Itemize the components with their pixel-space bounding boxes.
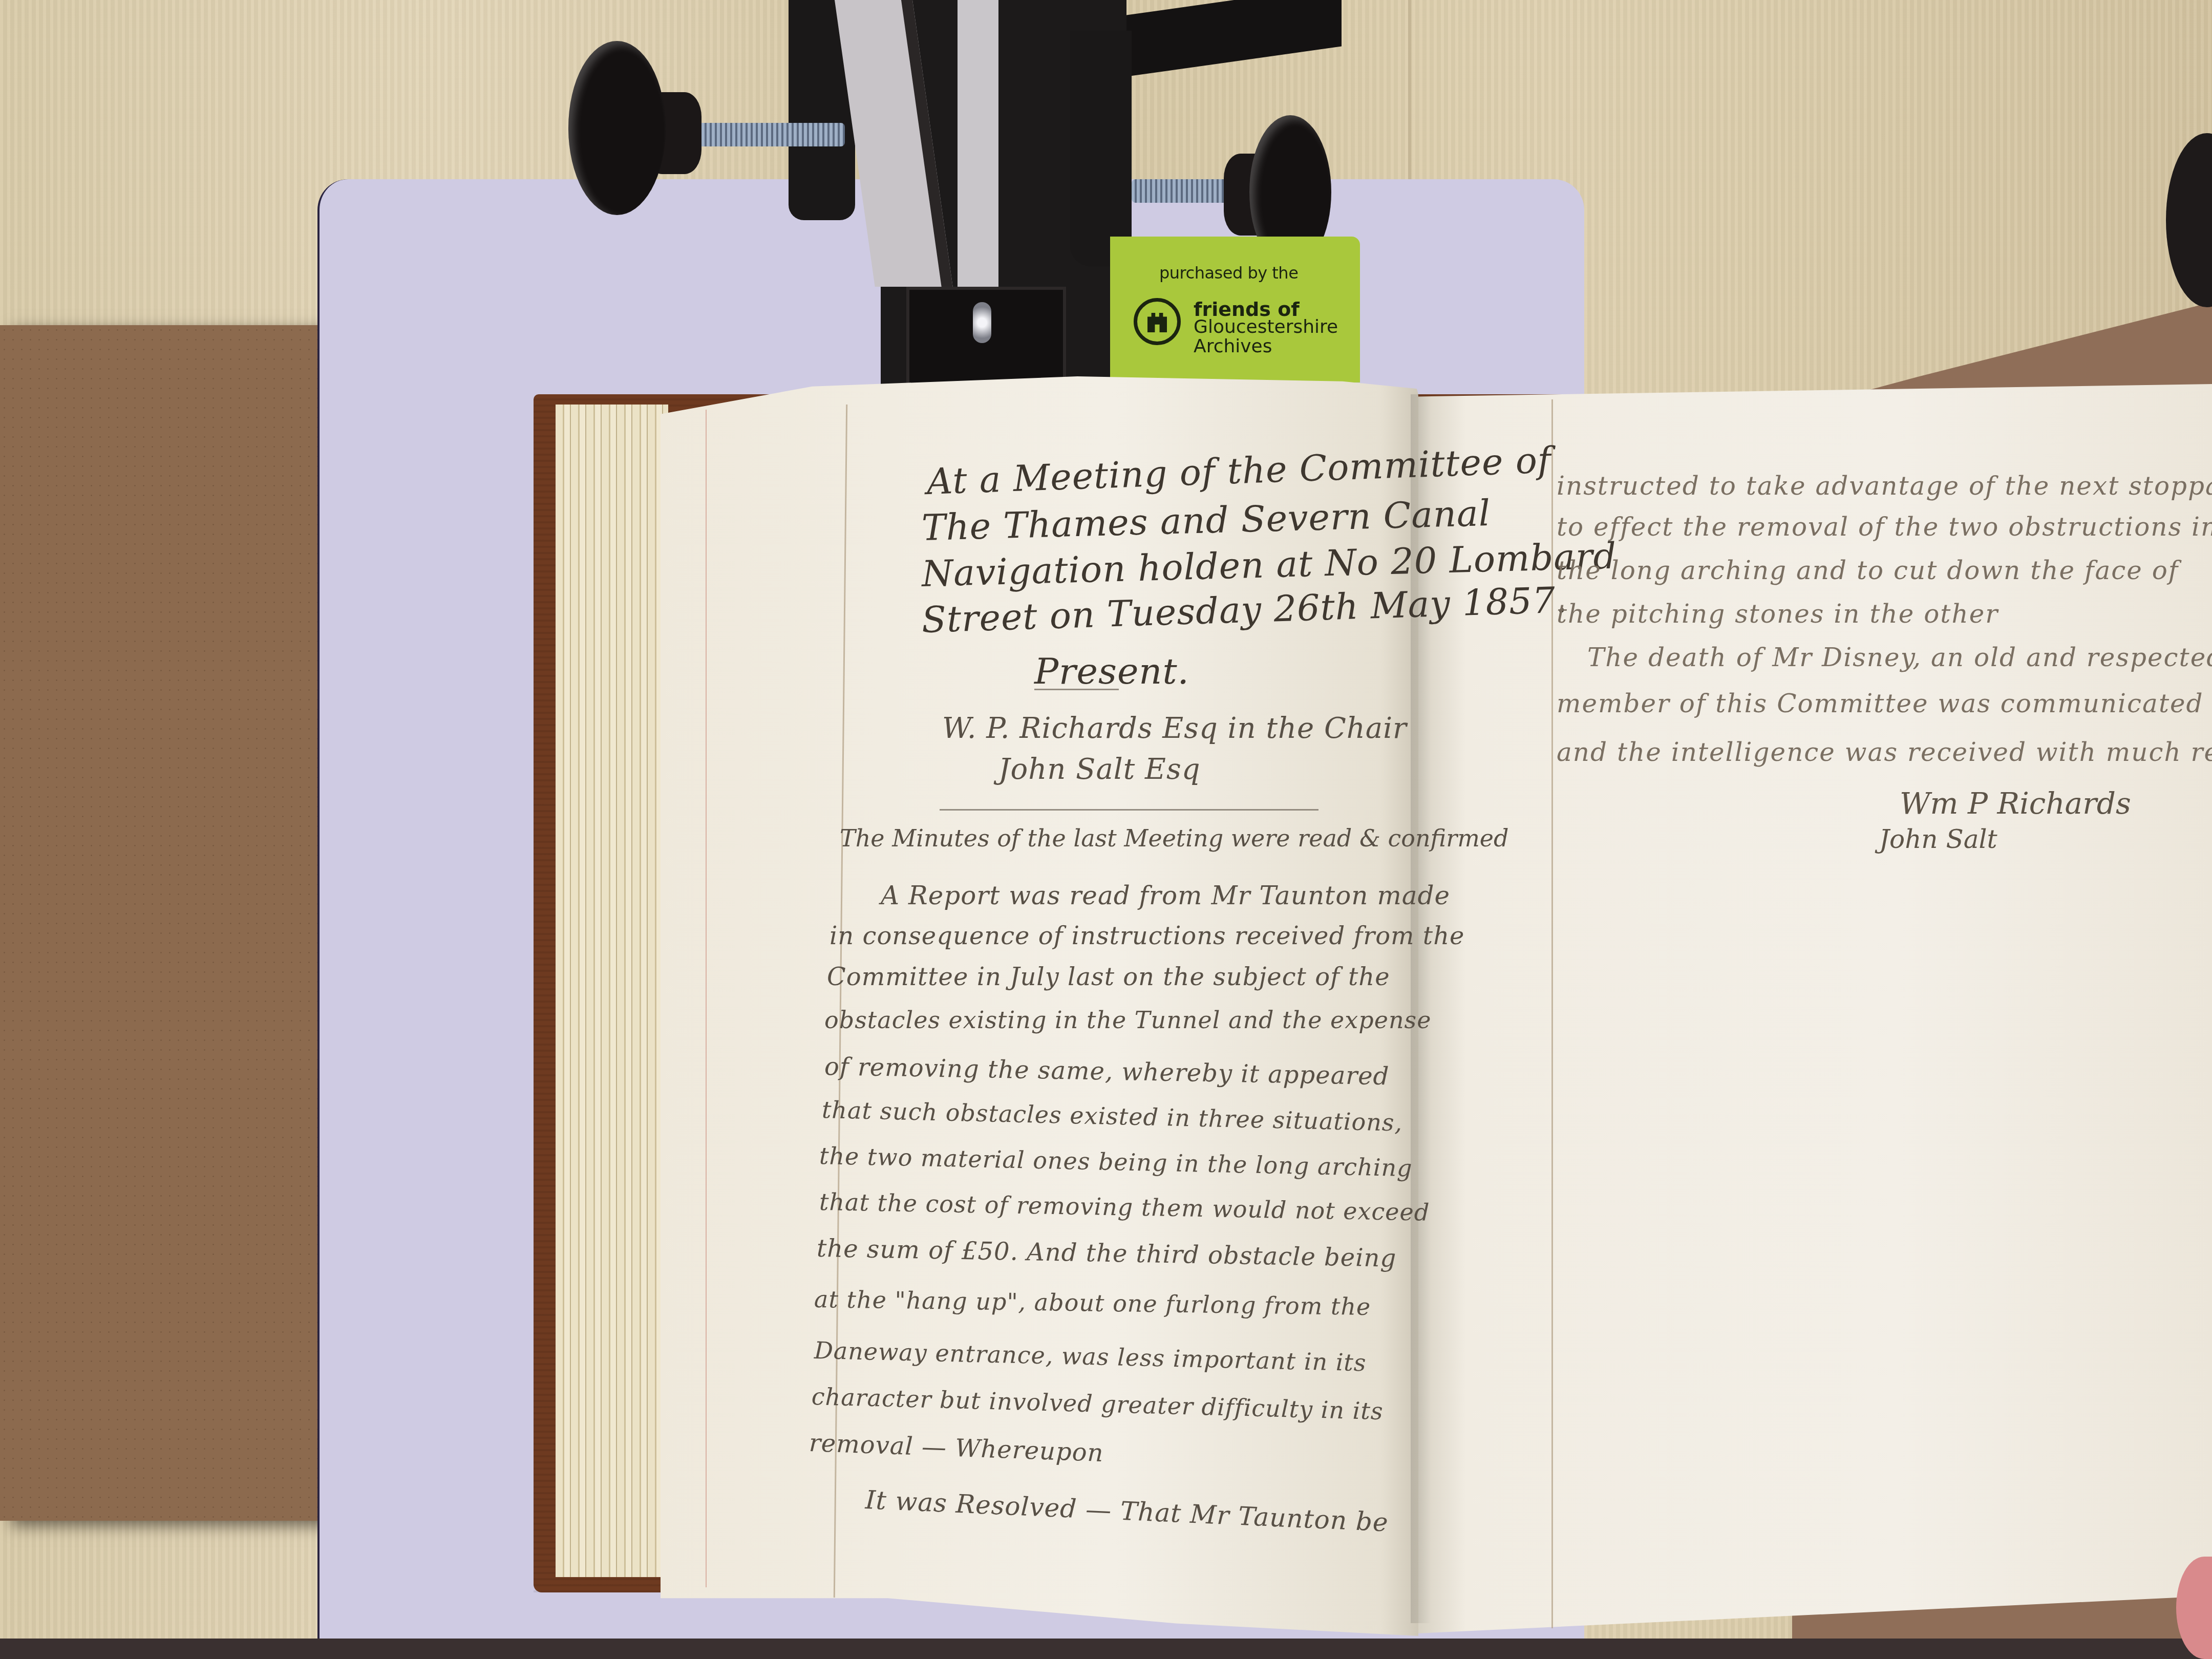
- table-edge: [0, 1639, 2212, 1659]
- left-page-red-rule: [706, 410, 707, 1587]
- body-line: obstacles existing in the Tunnel and the…: [824, 1006, 1431, 1034]
- threaded-bolt-left: [681, 123, 845, 146]
- friends-of-gloucestershire-archives-label: purchased by the friends of Gloucestersh…: [1110, 237, 1360, 382]
- brown-board-left: [0, 325, 353, 1521]
- knob-left-icon[interactable]: [568, 41, 666, 215]
- body-line: A Report was read from Mr Taunton made: [881, 881, 1450, 910]
- present-underline: [1034, 689, 1119, 690]
- minutes-line: The Minutes of the last Meeting were rea…: [840, 824, 1509, 852]
- signature-salt: John Salt: [1879, 824, 1997, 854]
- attendee-chair: W. P. Richards Esq in the Chair: [942, 712, 1407, 745]
- attendees-rule: [940, 809, 1318, 811]
- body-line: the long arching and to cut down the fac…: [1557, 556, 2179, 585]
- body-line: instructed to take advantage of the next…: [1557, 471, 2212, 501]
- attendee-member: John Salt Esq: [998, 753, 1201, 786]
- body-line: and the intelligence was received with m…: [1557, 737, 2212, 767]
- body-line: The death of Mr Disney, an old and respe…: [1587, 643, 2212, 672]
- label-purchased-by: purchased by the: [1159, 263, 1298, 283]
- present-label: Present.: [1034, 650, 1189, 692]
- body-line: the pitching stones in the other: [1557, 599, 1998, 629]
- body-line: to effect the removal of the two obstruc…: [1557, 512, 2212, 542]
- body-line: member of this Committee was communicate…: [1557, 689, 2204, 718]
- signature-richards: Wm P Richards: [1900, 786, 2131, 821]
- page-block-edge: [556, 405, 668, 1577]
- screw-icon: [973, 302, 991, 343]
- castle-seal-icon: [1134, 298, 1181, 345]
- body-line: in consequence of instructions received …: [829, 922, 1464, 950]
- label-org-line2: Archives: [1194, 336, 1272, 357]
- stand-rail-inner: [958, 0, 998, 287]
- label-org-name: Gloucestershire Archives: [1194, 317, 1357, 356]
- body-line: Committee in July last on the subject of…: [827, 963, 1390, 991]
- label-org-line1: Gloucestershire: [1194, 316, 1338, 337]
- stand-clamp-right: [1070, 31, 1132, 266]
